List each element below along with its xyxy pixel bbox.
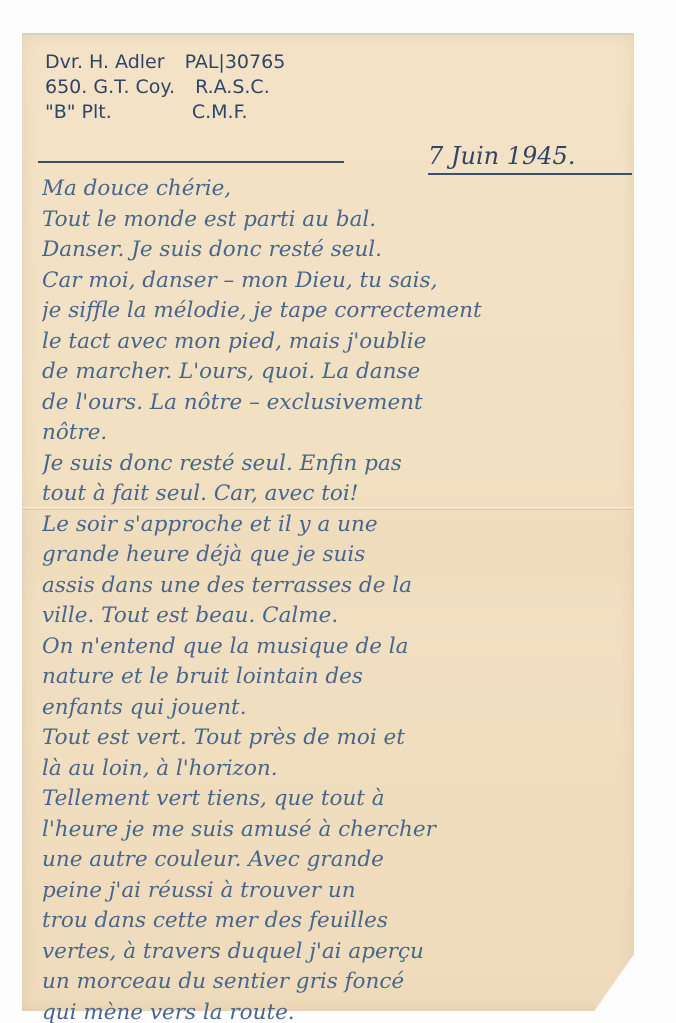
unit-company: 650. G.T. Coy. [45,75,175,100]
letter-line: qui mène vers la route. [42,998,632,1023]
letter-date: 7 Juin 1945. [428,142,575,170]
unit-line: 650. G.T. Coy. R.A.S.C. [45,75,285,100]
paper-top-edge [22,33,634,35]
letter-line: Danser. Je suis donc resté seul. [42,235,632,266]
letter-line: Car moi, danser – mon Dieu, tu sais, [42,266,632,297]
letter-line: vertes, à travers duquel j'ai aperçu [42,937,632,968]
letter-line: là au loin, à l'horizon. [42,754,632,785]
letter-line: enfants qui jouent. [42,693,632,724]
letter-line: un morceau du sentier gris foncé [42,967,632,998]
sender-name: Dvr. H. Adler [45,50,165,75]
letter-line: Le soir s'approche et il y a une [42,510,632,541]
service-number: PAL|30765 [185,50,286,75]
letter-line: grande heure déjà que je suis [42,540,632,571]
letter-line: l'heure je me suis amusé à chercher [42,815,632,846]
letter-line: ville. Tout est beau. Calme. [42,601,632,632]
unit-corps: R.A.S.C. [195,75,270,100]
platoon-line: "B" Plt. C.M.F. [45,100,285,125]
letter-line: de l'ours. La nôtre – exclusivement [42,388,632,419]
letter-line: nature et le bruit lointain des [42,662,632,693]
letter-line: On n'entend que la musique de la [42,632,632,663]
sender-address-block: Dvr. H. Adler PAL|30765 650. G.T. Coy. R… [45,50,285,125]
letter-line: nôtre. [42,418,632,449]
letter-line: tout à fait seul. Car, avec toi! [42,479,632,510]
header-underline [38,161,344,163]
letter-line: je siffle la mélodie, je tape correcteme… [42,296,632,327]
scanned-letter: Dvr. H. Adler PAL|30765 650. G.T. Coy. R… [0,0,676,1023]
letter-line: Je suis donc resté seul. Enfin pas [42,449,632,480]
letter-line: une autre couleur. Avec grande [42,845,632,876]
letter-line: Tout le monde est parti au bal. [42,205,632,236]
letter-body: Ma douce chérie, Tout le monde est parti… [42,174,632,1023]
letter-line: assis dans une des terrasses de la [42,571,632,602]
letter-line: Tellement vert tiens, que tout à [42,784,632,815]
letter-line: Tout est vert. Tout près de moi et [42,723,632,754]
letter-line: de marcher. L'ours, quoi. La danse [42,357,632,388]
letter-line: le tact avec mon pied, mais j'oublie [42,327,632,358]
letter-line: peine j'ai réussi à trouver un [42,876,632,907]
letter-line: trou dans cette mer des feuilles [42,906,632,937]
letter-line: Ma douce chérie, [42,174,632,205]
force: C.M.F. [192,100,248,125]
platoon: "B" Plt. [45,100,112,125]
sender-name-line: Dvr. H. Adler PAL|30765 [45,50,285,75]
